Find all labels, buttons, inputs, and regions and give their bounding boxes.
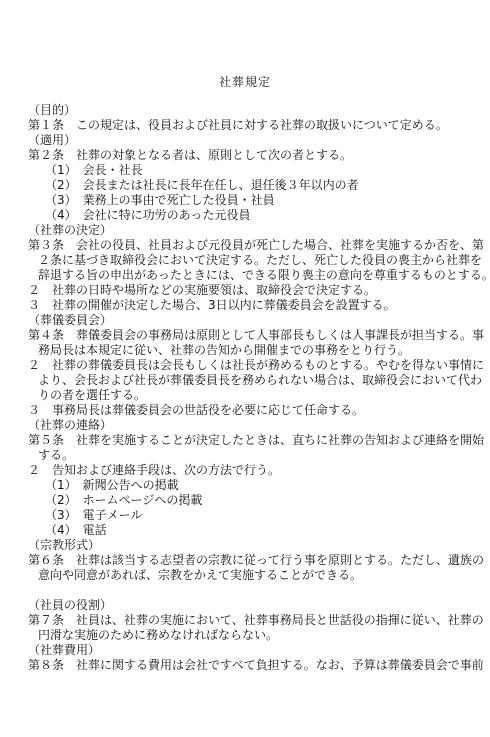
list-item: （3） 業務上の事由で死亡した役員・社員 — [0, 193, 490, 208]
section-label: （目的） — [0, 103, 490, 118]
blank-line — [0, 583, 490, 598]
section-label: （宗教形式） — [0, 538, 490, 553]
clause-line: ２ 告知および連絡手段は、次の方法で行う。 — [0, 463, 490, 478]
article-line: 第２条 社葬の対象となる者は、原則として次の者とする。 — [0, 148, 490, 163]
clause-line: ３ 社葬の開催が決定した場合、3日以内に葬儀委員会を設置する。 — [0, 298, 490, 313]
article-line: 第３条 会社の役員、社員および元役員が死亡した場合、社葬を実施するか否を、第 — [0, 238, 490, 253]
continuation-line: より、会長および社長が葬儀委員長を務められない場合は、取締役会において代わ — [0, 373, 490, 388]
article-line: 第５条 社葬を実施することが決定したときは、直ちに社葬の告知および連絡を開始 — [0, 433, 490, 448]
continuation-line: ２条に基づき取締役会において決定する。ただし、死亡した役員の喪主から社葬を — [0, 253, 490, 268]
continuation-line: りの者を選任する。 — [0, 388, 490, 403]
section-label: （適用） — [0, 133, 490, 148]
list-item: （2） 会長または社長に長年在任し、退任後３年以内の者 — [0, 178, 490, 193]
article-line: 第４条 葬儀委員会の事務局は原則として人事部長もしくは人事課長が担当する。事 — [0, 328, 490, 343]
article-line: 第１条 この規定は、役員および社員に対する社葬の取扱いについて定める。 — [0, 118, 490, 133]
section-label: （社葬の連絡） — [0, 418, 490, 433]
clause-line: ２ 社葬の日時や場所などの実施要領は、取締役会で決定する。 — [0, 283, 490, 298]
list-item: （4） 電話 — [0, 523, 490, 538]
clause-line: ３ 事務局長は葬儀委員会の世話役を必要に応じて任命する。 — [0, 403, 490, 418]
list-item: （3） 電子メール — [0, 508, 490, 523]
section-label: （葬儀委員会） — [0, 313, 490, 328]
document-title: 社葬規定 — [0, 0, 490, 90]
section-label: （社葬の決定） — [0, 223, 490, 238]
document-page: 社葬規定 （目的） 第１条 この規定は、役員および社員に対する社葬の取扱いについ… — [0, 0, 490, 737]
article-line: 第８条 社葬に関する費用は会社ですべて負担する。なお、予算は葬儀委員会で事前 — [0, 658, 490, 673]
section-label: （社員の役割） — [0, 598, 490, 613]
continuation-line: 辞退する旨の申出があったときには、できる限り喪主の意向を尊重するものとする。 — [0, 268, 490, 283]
list-item: （1） 会長・社長 — [0, 163, 490, 178]
continuation-line: 円滑な実施のために務めなければならない。 — [0, 628, 490, 643]
continuation-line: する。 — [0, 448, 490, 463]
article-line: 第６条 社葬は該当する志望者の宗教に従って行う事を原則とする。ただし、遺族の — [0, 553, 490, 568]
clause-line: ２ 社葬の葬儀委員長は会長もしくは社長が務めるものとする。やむを得ない事情に — [0, 358, 490, 373]
continuation-line: 務局長は本規定に従い、社葬の告知から開催までの事務をとり行う。 — [0, 343, 490, 358]
list-item: （2） ホームページへの掲載 — [0, 493, 490, 508]
continuation-line: 意向や同意があれば、宗教をかえて実施することができる。 — [0, 568, 490, 583]
article-line: 第７条 社員は、社葬の実施において、社葬事務局長と世話役の指揮に従い、社葬の — [0, 613, 490, 628]
list-item: （4） 会社に特に功労のあった元役員 — [0, 208, 490, 223]
section-label: （社葬費用） — [0, 643, 490, 658]
list-item: （1） 新聞公告への掲載 — [0, 478, 490, 493]
